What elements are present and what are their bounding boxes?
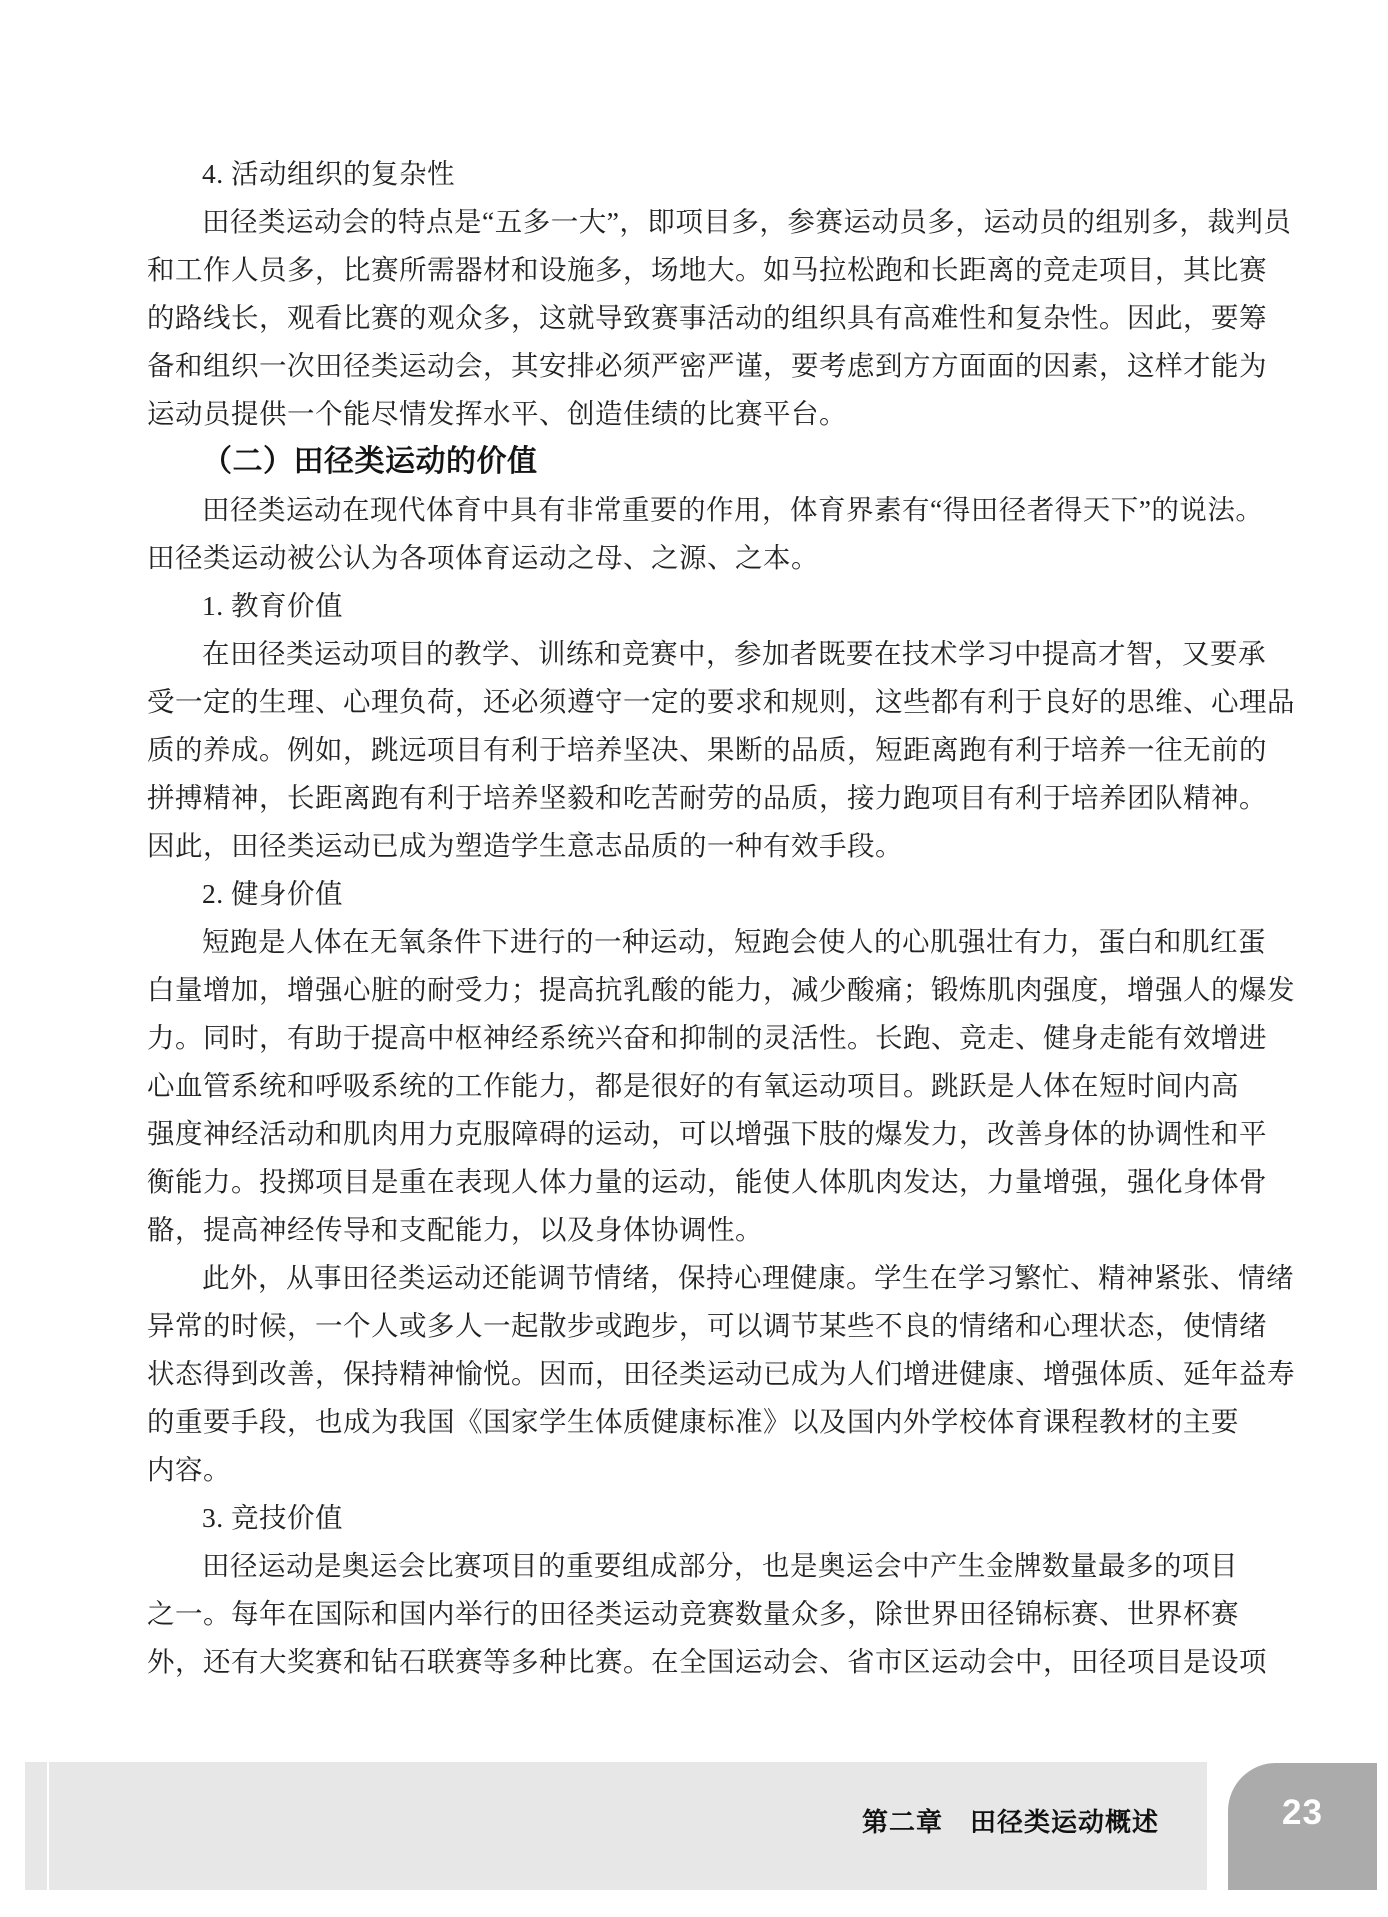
text-line: 运动员提供一个能尽情发挥水平、创造佳绩的比赛平台。: [147, 390, 1227, 438]
page-number: 23: [1282, 1793, 1323, 1833]
chapter-footer-label: 第二章 田径类运动概述: [862, 1802, 1159, 1839]
text-line: 质的养成。例如，跳远项目有利于培养坚决、果断的品质，短距离跑有利于培养一往无前的: [147, 726, 1227, 774]
text-line: 因此，田径类运动已成为塑造学生意志品质的一种有效手段。: [147, 822, 1227, 870]
text-line: 异常的时候，一个人或多人一起散步或跑步，可以调节某些不良的情绪和心理状态，使情绪: [147, 1302, 1227, 1350]
text-line: 拼搏精神，长距离跑有利于培养坚毅和吃苦耐劳的品质，接力跑项目有利于培养团队精神。: [147, 774, 1227, 822]
page-number-tab: 23: [1228, 1763, 1377, 1890]
text-line: 之一。每年在国际和国内举行的田径类运动竞赛数量众多，除世界田径锦标赛、世界杯赛: [147, 1590, 1227, 1638]
text-line: 力。同时，有助于提高中枢神经系统兴奋和抑制的灵活性。长跑、竞走、健身走能有效增进: [147, 1014, 1227, 1062]
footer-bar: 第二章 田径类运动概述: [49, 1762, 1207, 1890]
text-line: 4. 活动组织的复杂性: [147, 150, 1227, 198]
text-line: （二）田径类运动的价值: [147, 438, 1227, 486]
footer-left-square: [25, 1762, 47, 1890]
book-page: { "content": { "lines": [ { "type": "num…: [0, 0, 1388, 1917]
text-line: 2. 健身价值: [147, 870, 1227, 918]
text-line: 状态得到改善，保持精神愉悦。因而，田径类运动已成为人们增进健康、增强体质、延年益…: [147, 1350, 1227, 1398]
text-line: 此外，从事田径类运动还能调节情绪，保持心理健康。学生在学习繁忙、精神紧张、情绪: [147, 1254, 1227, 1302]
text-line: 田径类运动被公认为各项体育运动之母、之源、之本。: [147, 534, 1227, 582]
page-body-text: 4. 活动组织的复杂性田径类运动会的特点是“五多一大”，即项目多，参赛运动员多，…: [147, 150, 1227, 1686]
text-line: 白量增加，增强心脏的耐受力；提高抗乳酸的能力，减少酸痛；锻炼肌肉强度，增强人的爆…: [147, 966, 1227, 1014]
text-line: 心血管系统和呼吸系统的工作能力，都是很好的有氧运动项目。跳跃是人体在短时间内高: [147, 1062, 1227, 1110]
text-line: 田径类运动在现代体育中具有非常重要的作用，体育界素有“得田径者得天下”的说法。: [147, 486, 1227, 534]
text-line: 的重要手段，也成为我国《国家学生体质健康标准》以及国内外学校体育课程教材的主要: [147, 1398, 1227, 1446]
text-line: 田径运动是奥运会比赛项目的重要组成部分，也是奥运会中产生金牌数量最多的项目: [147, 1542, 1227, 1590]
text-line: 强度神经活动和肌肉用力克服障碍的运动，可以增强下肢的爆发力，改善身体的协调性和平: [147, 1110, 1227, 1158]
text-line: 短跑是人体在无氧条件下进行的一种运动，短跑会使人的心肌强壮有力，蛋白和肌红蛋: [147, 918, 1227, 966]
text-line: 备和组织一次田径类运动会，其安排必须严密严谨，要考虑到方方面面的因素，这样才能为: [147, 342, 1227, 390]
text-line: 3. 竞技价值: [147, 1494, 1227, 1542]
text-line: 在田径类运动项目的教学、训练和竞赛中，参加者既要在技术学习中提高才智，又要承: [147, 630, 1227, 678]
text-line: 1. 教育价值: [147, 582, 1227, 630]
text-line: 受一定的生理、心理负荷，还必须遵守一定的要求和规则，这些都有利于良好的思维、心理…: [147, 678, 1227, 726]
text-line: 衡能力。投掷项目是重在表现人体力量的运动，能使人体肌肉发达，力量增强，强化身体骨: [147, 1158, 1227, 1206]
text-line: 内容。: [147, 1446, 1227, 1494]
text-line: 的路线长，观看比赛的观众多，这就导致赛事活动的组织具有高难性和复杂性。因此，要筹: [147, 294, 1227, 342]
text-line: 和工作人员多，比赛所需器材和设施多，场地大。如马拉松跑和长距离的竞走项目，其比赛: [147, 246, 1227, 294]
text-line: 外，还有大奖赛和钻石联赛等多种比赛。在全国运动会、省市区运动会中，田径项目是设项: [147, 1638, 1227, 1686]
text-line: 骼，提高神经传导和支配能力，以及身体协调性。: [147, 1206, 1227, 1254]
text-line: 田径类运动会的特点是“五多一大”，即项目多，参赛运动员多，运动员的组别多，裁判员: [147, 198, 1227, 246]
